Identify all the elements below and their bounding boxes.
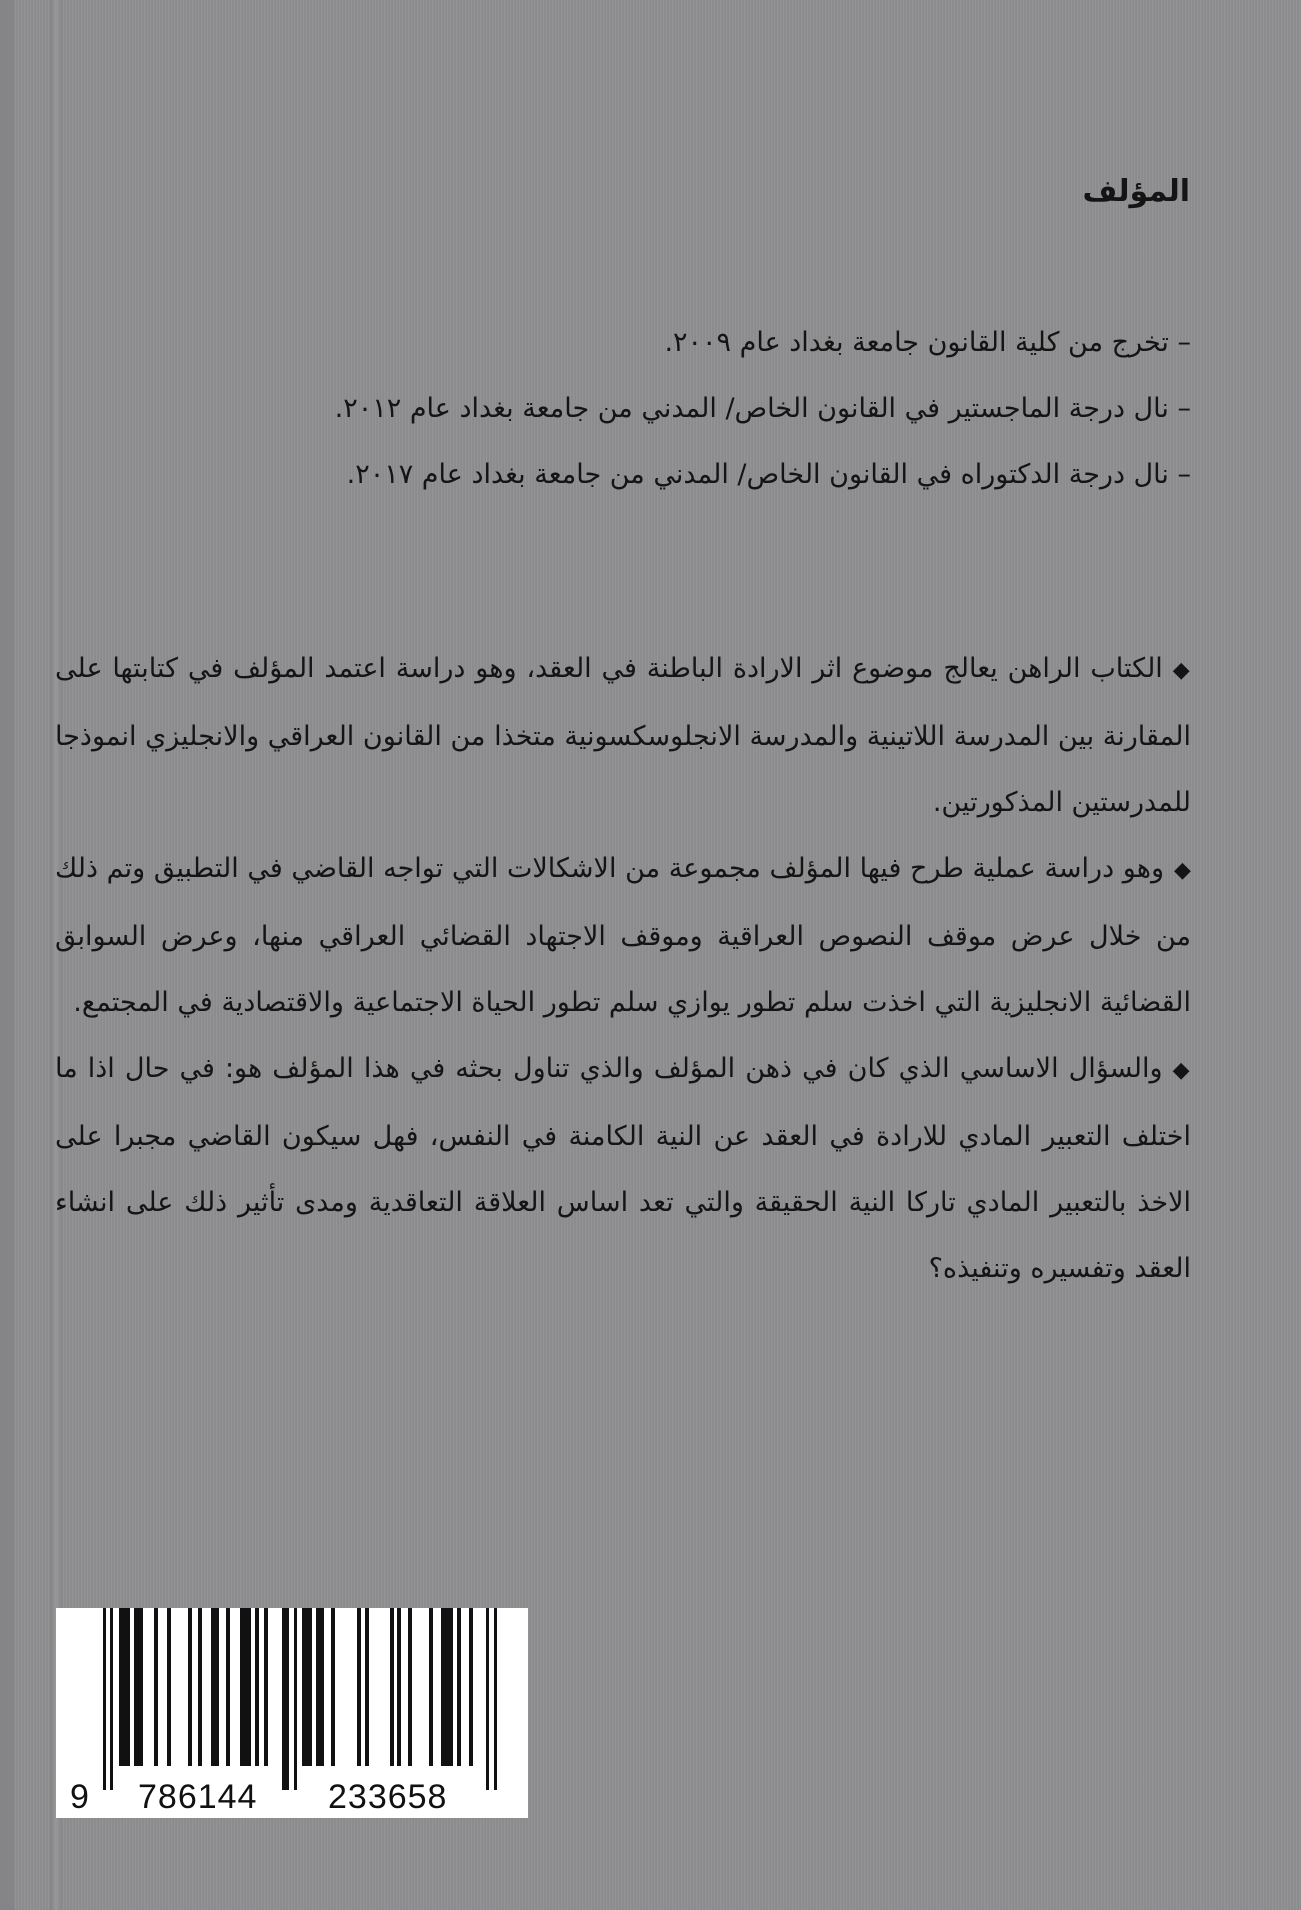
description-paragraph: ◆الكتاب الراهن يعالج موضوع اثر الارادة ا… xyxy=(55,636,1191,836)
description-paragraph: ◆والسؤال الاساسي الذي كان في ذهن المؤلف … xyxy=(55,1036,1191,1302)
paragraph-text: والسؤال الاساسي الذي كان في ذهن المؤلف و… xyxy=(55,1053,1191,1284)
author-section-title: المؤلف xyxy=(1083,170,1190,214)
isbn-first-digit: 9 xyxy=(70,1778,89,1817)
diamond-bullet-icon: ◆ xyxy=(1174,858,1191,883)
bio-item-masters: – نال درجة الماجستير في القانون الخاص/ ا… xyxy=(191,376,1191,442)
diamond-bullet-icon: ◆ xyxy=(1173,658,1191,683)
isbn-right-group: 233658 xyxy=(328,1778,447,1817)
book-description: ◆الكتاب الراهن يعالج موضوع اثر الارادة ا… xyxy=(55,636,1191,1302)
isbn-barcode: 9 786144 233658 xyxy=(56,1608,528,1818)
diamond-bullet-icon: ◆ xyxy=(1173,1058,1191,1083)
spine-edge xyxy=(0,0,14,1910)
paragraph-text: وهو دراسة عملية طرح فيها المؤلف مجموعة م… xyxy=(55,853,1191,1018)
description-paragraph: ◆وهو دراسة عملية طرح فيها المؤلف مجموعة … xyxy=(55,836,1191,1036)
bio-item-bachelor: – تخرج من كلية القانون جامعة بغداد عام ٢… xyxy=(191,310,1191,376)
paragraph-text: الكتاب الراهن يعالج موضوع اثر الارادة ال… xyxy=(55,653,1191,818)
bio-item-doctorate: – نال درجة الدكتوراه في القانون الخاص/ ا… xyxy=(191,442,1191,508)
isbn-number: 9 786144 233658 xyxy=(56,1778,528,1818)
isbn-left-group: 786144 xyxy=(138,1778,257,1817)
author-bio-list: – تخرج من كلية القانون جامعة بغداد عام ٢… xyxy=(191,310,1191,508)
